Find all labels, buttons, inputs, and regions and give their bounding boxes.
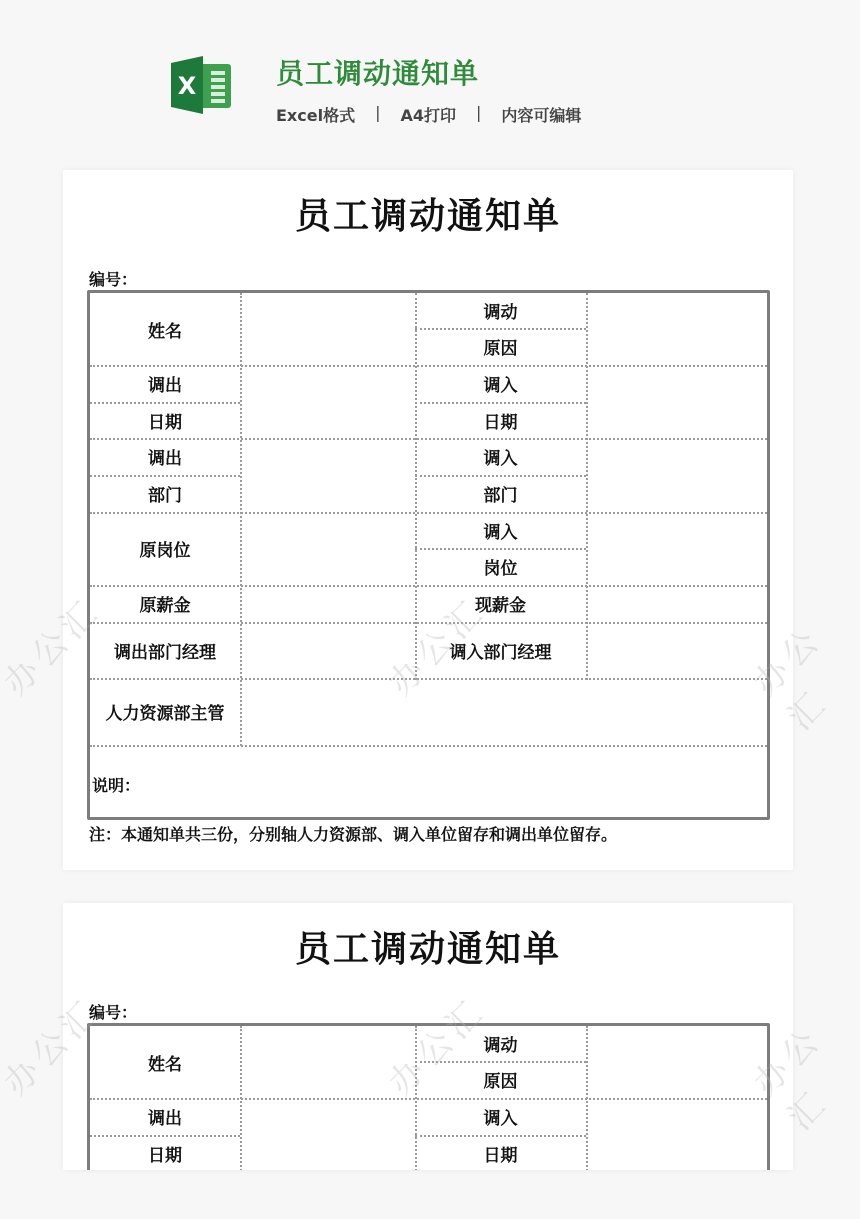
label-out-date-1: 调出 xyxy=(90,1098,240,1135)
page-header: X 员工调动通知单 Excel格式 | A4打印 | 内容可编辑 xyxy=(0,0,860,160)
label-in-dept-2: 部门 xyxy=(415,475,586,512)
form-preview-page-1: 员工调动通知单 编号： 姓名 调动 原因 调出 日期 调入 日期 调出 部门 xyxy=(63,170,793,870)
tag-format: Excel格式 xyxy=(276,103,355,126)
form-preview-page-2: 员工调动通知单 编号： 姓名 调动 原因 调出 日期 调入 日期 xyxy=(63,903,793,1170)
svg-text:X: X xyxy=(178,72,197,100)
label-out-dept-2: 部门 xyxy=(90,475,240,512)
field-out-manager[interactable] xyxy=(240,622,415,678)
field-orig-salary[interactable] xyxy=(240,585,415,622)
field-in-manager[interactable] xyxy=(586,622,767,678)
field-name[interactable] xyxy=(240,1026,415,1098)
separator: | xyxy=(375,103,380,126)
field-reason[interactable] xyxy=(586,1026,767,1098)
serial-label: 编号： xyxy=(89,1000,137,1023)
label-description: 说明： xyxy=(92,773,140,796)
label-out-dept-1: 调出 xyxy=(90,438,240,475)
label-out-date-2: 日期 xyxy=(90,1135,240,1170)
field-in-date[interactable] xyxy=(586,365,767,438)
label-reason-1: 调动 xyxy=(415,293,586,328)
label-out-date-1: 调出 xyxy=(90,365,240,402)
label-orig-salary: 原薪金 xyxy=(90,585,240,622)
field-name[interactable] xyxy=(240,293,415,365)
transfer-form-table: 姓名 调动 原因 调出 日期 调入 日期 调出 部门 调入 部门 原岗位 调入 … xyxy=(87,290,770,820)
excel-icon: X xyxy=(171,56,233,114)
label-in-post-2: 岗位 xyxy=(415,548,586,585)
label-reason-1: 调动 xyxy=(415,1026,586,1061)
field-new-salary[interactable] xyxy=(586,585,767,622)
label-hr-supervisor: 人力资源部主管 xyxy=(90,678,240,745)
form-title: 员工调动通知单 xyxy=(63,188,793,239)
field-in-dept[interactable] xyxy=(586,438,767,512)
label-name: 姓名 xyxy=(90,293,240,365)
tag-editable: 内容可编辑 xyxy=(501,103,581,126)
field-reason[interactable] xyxy=(586,293,767,365)
form-title: 员工调动通知单 xyxy=(63,921,793,972)
field-hr-supervisor[interactable] xyxy=(240,678,767,745)
footnote: 注：本通知单共三份，分别轴人力资源部、调入单位留存和调出单位留存。 xyxy=(89,822,617,845)
transfer-form-table: 姓名 调动 原因 调出 日期 调入 日期 xyxy=(87,1023,770,1170)
label-in-date-1: 调入 xyxy=(415,365,586,402)
field-in-date[interactable] xyxy=(586,1098,767,1170)
label-orig-post: 原岗位 xyxy=(90,512,240,585)
header-title: 员工调动通知单 xyxy=(276,52,479,92)
field-out-date[interactable] xyxy=(240,365,415,438)
field-orig-post[interactable] xyxy=(240,512,415,585)
label-in-dept-1: 调入 xyxy=(415,438,586,475)
field-out-dept[interactable] xyxy=(240,438,415,512)
field-out-date[interactable] xyxy=(240,1098,415,1170)
tag-print: A4打印 xyxy=(400,103,456,126)
label-in-date-1: 调入 xyxy=(415,1098,586,1135)
label-reason-2: 原因 xyxy=(415,328,586,365)
label-in-manager: 调入部门经理 xyxy=(415,622,586,678)
field-in-post[interactable] xyxy=(586,512,767,585)
label-name: 姓名 xyxy=(90,1026,240,1098)
label-reason-2: 原因 xyxy=(415,1061,586,1098)
label-in-date-2: 日期 xyxy=(415,1135,586,1170)
header-tags: Excel格式 | A4打印 | 内容可编辑 xyxy=(276,103,581,126)
label-out-manager: 调出部门经理 xyxy=(90,622,240,678)
serial-label: 编号： xyxy=(89,267,137,290)
label-out-date-2: 日期 xyxy=(90,402,240,438)
label-in-post-1: 调入 xyxy=(415,512,586,548)
label-new-salary: 现薪金 xyxy=(415,585,586,622)
label-in-date-2: 日期 xyxy=(415,402,586,438)
separator: | xyxy=(476,103,481,126)
